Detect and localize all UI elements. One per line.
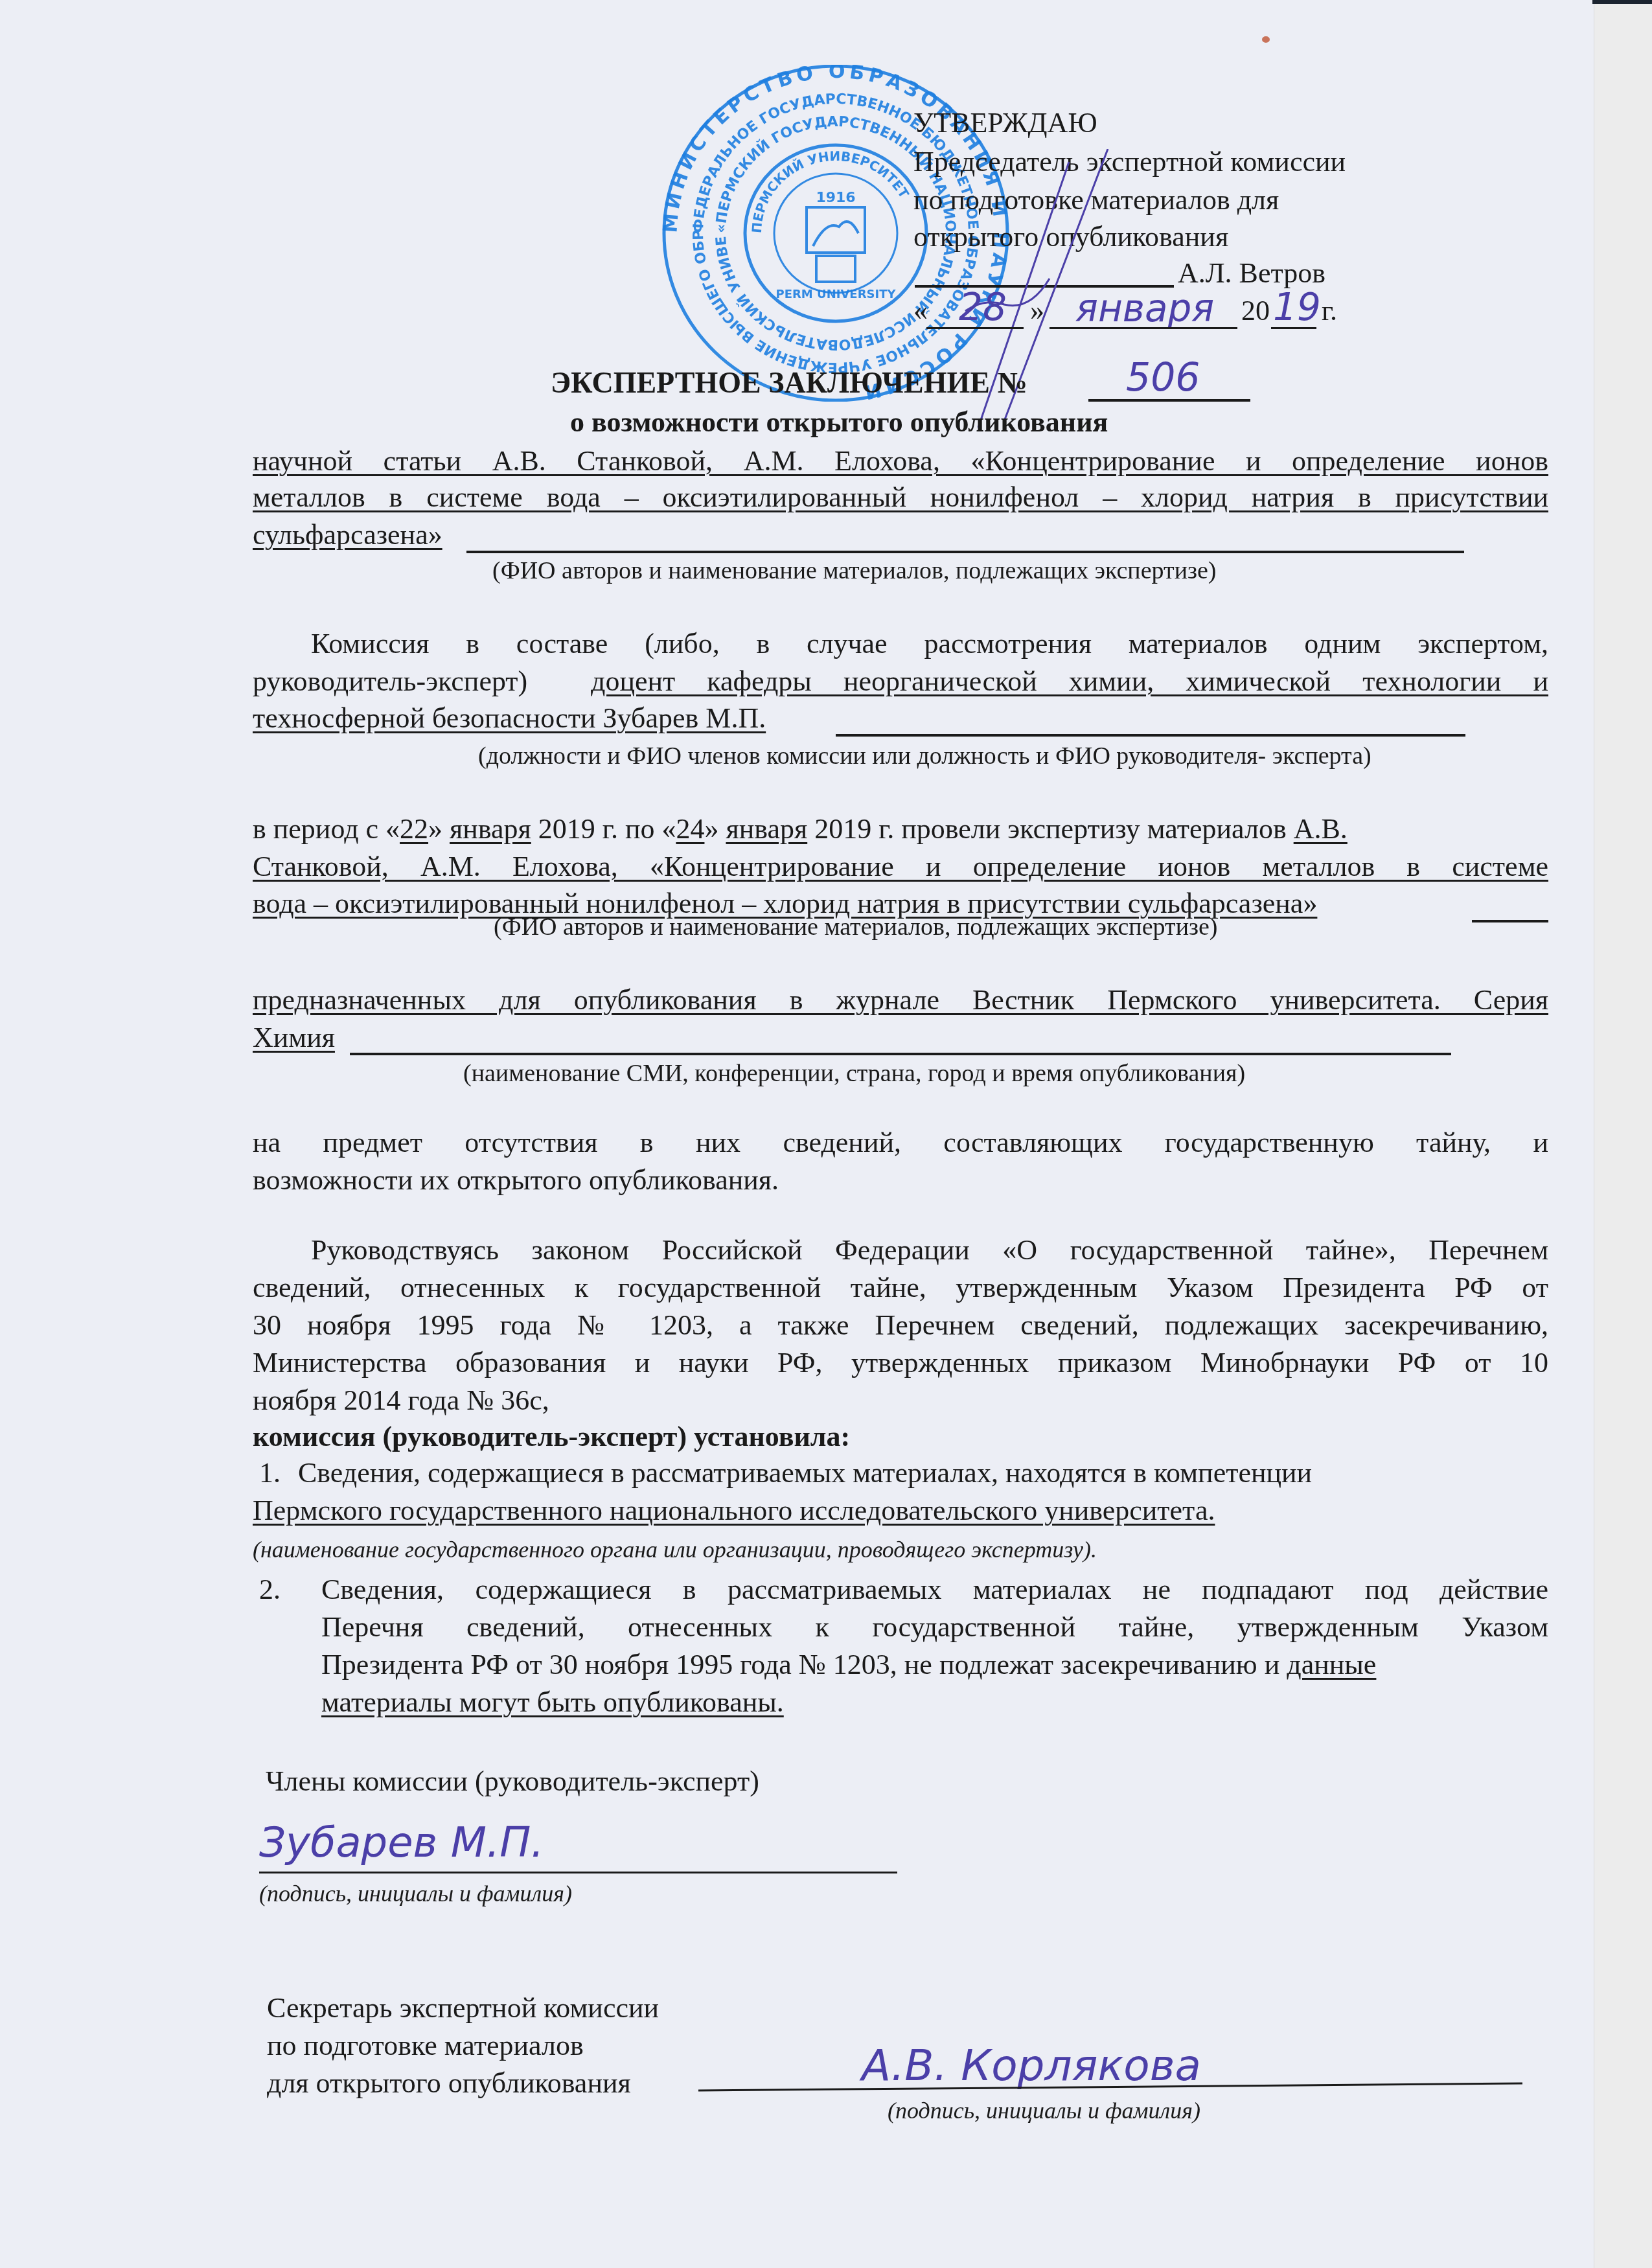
period-month-from: января <box>450 813 531 845</box>
approval-date-day: 28 <box>959 285 1007 329</box>
date-month-line <box>1050 327 1237 329</box>
approval-heading: УТВЕРЖДАЮ <box>913 109 1097 137</box>
period-day-to: 24 <box>676 813 704 845</box>
subject-line2: металлов в системе вода – оксиэтилирован… <box>253 483 1548 512</box>
legal-line5: ноября 2014 года № 36с, <box>253 1386 549 1415</box>
secretary-line2: по подготовке материалов <box>267 2032 584 2060</box>
commission-member-line3: техносферной безопасности Зубарев М.П. <box>253 704 766 733</box>
approval-date-open: « <box>913 297 928 325</box>
paper-speck <box>1262 36 1270 43</box>
scanner-edge <box>1594 0 1652 2268</box>
commission-member-line2: доцент кафедры неорганической химии, хим… <box>591 667 1548 696</box>
finding2-number: 2. <box>259 1575 281 1604</box>
approval-signer-name: А.Л. Ветров <box>1178 259 1325 288</box>
date-day-line <box>926 327 1024 329</box>
period-day-from: 22 <box>400 813 428 845</box>
conclusion-number: 506 <box>1126 355 1200 400</box>
members-caption: (подпись, инициалы и фамилия) <box>259 1882 572 1905</box>
legal-line3: 30 ноября 1995 года № 1203, а также Пере… <box>253 1311 1548 1340</box>
members-signature: Зубарев М.П. <box>259 1819 544 1867</box>
scanner-edge-top <box>1592 0 1652 4</box>
publication-caption: (наименование СМИ, конференции, страна, … <box>463 1061 1245 1086</box>
publication-fill-line <box>350 1053 1451 1055</box>
purpose-line1: на предмет отсутствия в них сведений, со… <box>253 1128 1548 1157</box>
finding2-line1: Сведения, содержащиеся в рассматриваемых… <box>321 1575 1548 1604</box>
commission-caption: (должности и ФИО членов комиссии или дол… <box>478 744 1371 768</box>
conclusion-number-line <box>1088 399 1250 402</box>
members-label: Члены комиссии (руководитель-эксперт) <box>266 1767 759 1796</box>
finding2-line3: Президента РФ от 30 ноября 1995 года № 1… <box>321 1651 1376 1679</box>
secretary-caption: (подпись, инициалы и фамилия) <box>888 2099 1200 2122</box>
secretary-line1: Секретарь экспертной комиссии <box>267 1994 659 2022</box>
period-line2: Станковой, А.М. Елохова, «Концентрирован… <box>253 853 1548 881</box>
svg-text:PERM UNIVERSITY: PERM UNIVERSITY <box>776 288 897 301</box>
approval-date-end: г. <box>1322 297 1337 325</box>
approval-date-year-suffix: 19 <box>1273 285 1321 329</box>
legal-line2: сведений, отнесенных к государственной т… <box>253 1274 1548 1302</box>
document-title: ЭКСПЕРТНОЕ ЗАКЛЮЧЕНИЕ № <box>551 368 1027 398</box>
subject-caption: (ФИО авторов и наименование материалов, … <box>492 558 1217 583</box>
subject-fill-line <box>466 551 1464 553</box>
legal-line4: Министерства образования и науки РФ, утв… <box>253 1349 1548 1377</box>
approval-date-month: января <box>1075 286 1214 330</box>
subject-line3: сульфарсазена» <box>253 521 442 549</box>
finding2-line4: материалы могут быть опубликованы. <box>321 1688 784 1717</box>
period-caption: (ФИО авторов и наименование материалов, … <box>494 915 1218 939</box>
commission-fill-line <box>836 734 1465 737</box>
commission-line1: Комиссия в составе (либо, в случае рассм… <box>311 630 1548 658</box>
secretary-signature: А.В. Корлякова <box>862 2041 1201 2090</box>
period-fill-line <box>1472 920 1548 922</box>
approval-date-mid: » <box>1030 297 1044 325</box>
findings-heading: комиссия (руководитель-эксперт) установи… <box>253 1423 850 1451</box>
members-signature-line <box>259 1872 897 1873</box>
finding1-number: 1. <box>259 1459 281 1487</box>
finding2-line2: Перечня сведений, отнесенных к государст… <box>321 1613 1548 1642</box>
finding1-line1: Сведения, содержащиеся в рассматриваемых… <box>298 1459 1312 1487</box>
secretary-line3: для открытого опубликования <box>267 2069 631 2098</box>
finding1-caption: (наименование государственного органа ил… <box>253 1538 1097 1561</box>
publication-line1: предназначенных для опубликования в журн… <box>253 986 1548 1014</box>
period-line1: в период с «22» января 2019 г. по «24» я… <box>253 815 1348 843</box>
subject-line1: научной статьи А.В. Станковой, А.М. Елох… <box>253 447 1548 475</box>
document-subtitle: о возможности открытого опубликования <box>570 408 1108 437</box>
commission-line2-plain: руководитель-эксперт) <box>253 667 527 696</box>
approval-date-year-prefix: 20 <box>1241 297 1270 325</box>
svg-text:1916: 1916 <box>816 190 855 206</box>
finding1-organization: Пермского государственного национального… <box>253 1496 1215 1525</box>
period-month-to: января <box>726 813 807 845</box>
legal-line1: Руководствуясь законом Российской Федера… <box>311 1236 1548 1265</box>
purpose-line2: возможности их открытого опубликования. <box>253 1166 779 1195</box>
publication-line2: Химия <box>253 1024 335 1052</box>
date-year-line <box>1271 327 1316 329</box>
